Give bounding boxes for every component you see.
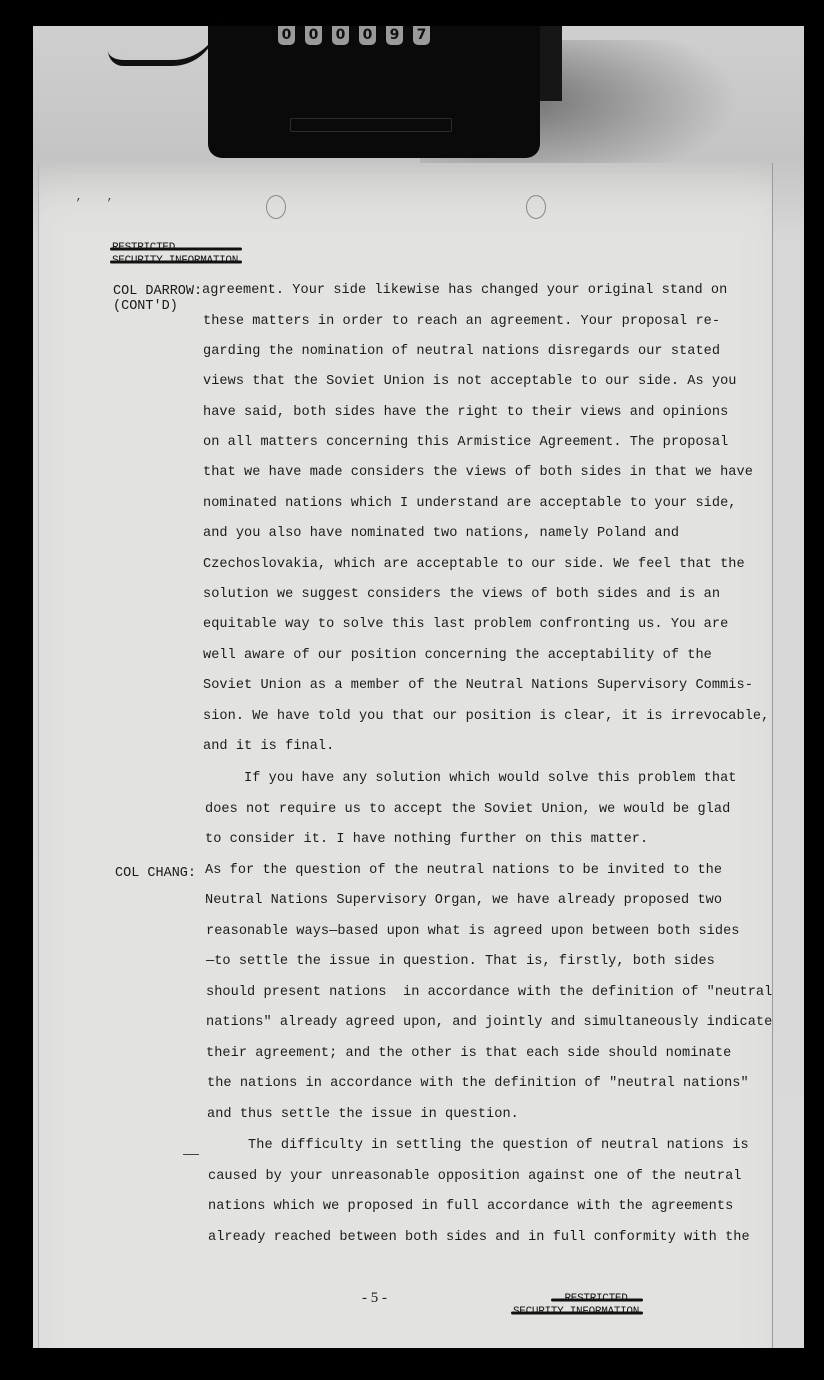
text-line: views that the Soviet Union is not accep… — [203, 374, 737, 389]
punch-hole-icon — [266, 195, 286, 219]
counter-side-bracket — [540, 26, 562, 101]
header-classification: RESTRICTED SECURITY INFORMATION — [112, 242, 238, 268]
text-line: the nations in accordance with the defin… — [207, 1076, 749, 1091]
text-line: does not require us to accept the Soviet… — [205, 802, 730, 817]
classification-restricted: RESTRICTED — [112, 242, 238, 255]
punch-hole-icon — [526, 195, 546, 219]
text-line: well aware of our position concerning th… — [203, 648, 712, 663]
continued-marker: (CONT'D) — [113, 299, 178, 314]
counter-digit: 0 — [305, 26, 322, 45]
text-line: Czechoslovakia, which are acceptable to … — [203, 557, 745, 572]
text-line: nations" already agreed upon, and jointl… — [206, 1015, 772, 1030]
counter-digit: 7 — [413, 26, 430, 45]
speaker-label-darrow: COL DARROW: (CONT'D) — [113, 284, 202, 314]
text-line: and it is final. — [203, 739, 334, 754]
counter-slot — [290, 118, 452, 132]
text-line: that we have made considers the views of… — [203, 465, 753, 480]
text-line: and thus settle the issue in question. — [207, 1107, 519, 1122]
classification-security-info: SECURITY INFORMATION — [513, 1306, 639, 1319]
text-line: solution we suggest considers the views … — [203, 587, 720, 602]
text-line: garding the nomination of neutral nation… — [203, 344, 720, 359]
text-line: The difficulty in settling the question … — [207, 1138, 749, 1153]
text-line: equitable way to solve this last problem… — [203, 617, 728, 632]
page-number: - 5 - — [362, 1290, 387, 1307]
counter-digit: 0 — [278, 26, 295, 45]
text-line: already reached between both sides and i… — [208, 1230, 750, 1245]
counter-digit: 0 — [359, 26, 376, 45]
text-line: on all matters concerning this Armistice… — [203, 435, 728, 450]
margin-mark — [183, 1154, 199, 1155]
text-line: —to settle the issue in question. That i… — [206, 954, 715, 969]
counter-digit: 9 — [386, 26, 403, 45]
text-line: sion. We have told you that our position… — [203, 709, 769, 724]
text-line: If you have any solution which would sol… — [203, 771, 737, 786]
classification-security-info: SECURITY INFORMATION — [112, 255, 238, 268]
text-line: caused by your unreasonable opposition a… — [208, 1169, 742, 1184]
ink-speck-icon: ’ — [75, 198, 82, 210]
text-line: these matters in order to reach an agree… — [203, 314, 720, 329]
counter-digit: 0 — [332, 26, 349, 45]
text-line: and you also have nominated two nations,… — [203, 526, 679, 541]
speaker-label-chang: COL CHANG: — [115, 866, 196, 881]
text-line: As for the question of the neutral natio… — [205, 863, 722, 878]
text-line: Soviet Union as a member of the Neutral … — [203, 678, 753, 693]
text-line: reasonable ways—based upon what is agree… — [206, 924, 740, 939]
footer-classification: RESTRICTED SECURITY INFORMATION — [513, 1293, 639, 1319]
text-line: should present nations in accordance wit… — [206, 985, 772, 1000]
text-line: Neutral Nations Supervisory Organ, we ha… — [205, 893, 722, 908]
text-line: nations which we proposed in full accord… — [208, 1199, 733, 1214]
ink-speck-icon: ’ — [106, 198, 113, 210]
text-line: have said, both sides have the right to … — [203, 405, 728, 420]
classification-restricted: RESTRICTED — [553, 1293, 639, 1306]
text-line: their agreement; and the other is that e… — [206, 1046, 731, 1061]
text-line: nominated nations which I understand are… — [203, 496, 737, 511]
frame-counter-digits: 0 0 0 0 9 7 — [278, 26, 430, 46]
text-line: to consider it. I have nothing further o… — [205, 832, 648, 847]
text-line: agreement. Your side likewise has change… — [202, 283, 727, 298]
